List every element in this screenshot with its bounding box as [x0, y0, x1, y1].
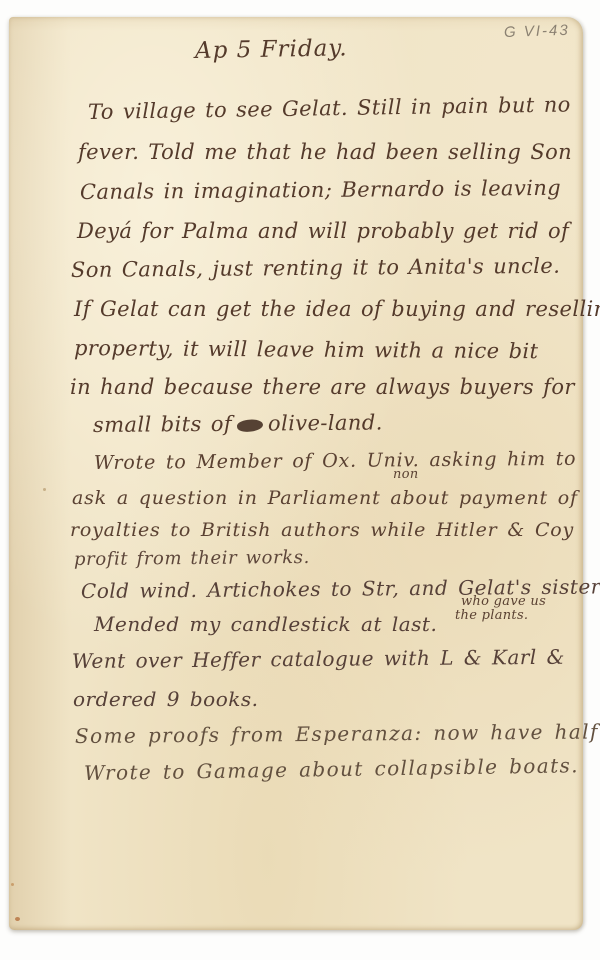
diary-line: Wrote to Member of Ox. Univ. asking him … [94, 449, 577, 474]
diary-line: royalties to British authors while Hitle… [70, 520, 574, 541]
paper-speck [43, 488, 46, 491]
marginal-insertion: the plants. [455, 609, 528, 623]
date-heading: Ap 5 Friday. [195, 36, 348, 64]
diary-line: Son Canals, just renting it to Anita's u… [71, 255, 560, 282]
diary-line: If Gelat can get the idea of buying and … [74, 298, 600, 321]
diary-line: ask a question in Parliament about payme… [72, 488, 578, 509]
diary-line: ordered 9 books. [73, 688, 259, 710]
diary-line: Wrote to Gamage about collapsible boats. [84, 754, 579, 784]
diary-line: Canals in imagination; Bernardo is leavi… [80, 177, 561, 204]
paper-speck [15, 917, 20, 921]
archival-mark: G VI-43 [504, 23, 570, 42]
diary-line: fever. Told me that he had been selling … [78, 141, 572, 164]
diary-line: property, it will leave him with a nice … [74, 337, 539, 363]
diary-line: Deyá for Palma and will probably get rid… [77, 220, 569, 243]
diary-line-fragment: small bits of [93, 412, 232, 437]
diary-line: small bits ofolive-land. [93, 411, 383, 437]
crossed-out-word [236, 418, 263, 433]
diary-line: profit from their works. [74, 548, 310, 570]
diary-line: Some proofs from Esperanza: now have hal… [75, 720, 600, 747]
diary-line: To village to see Gelat. Still in pain b… [88, 93, 571, 124]
diary-line-fragment: olive-land. [268, 410, 383, 435]
diary-page-sheet: G VI-43 Ap 5 Friday. To village to see G… [9, 17, 583, 930]
diary-line: Mended my candlestick at last. [94, 613, 437, 635]
interlinear-insertion: non [393, 468, 419, 483]
paper-speck [11, 883, 14, 886]
diary-line: Went over Heffer catalogue with L & Karl… [72, 646, 565, 672]
diary-line: in hand because there are always buyers … [70, 376, 575, 399]
